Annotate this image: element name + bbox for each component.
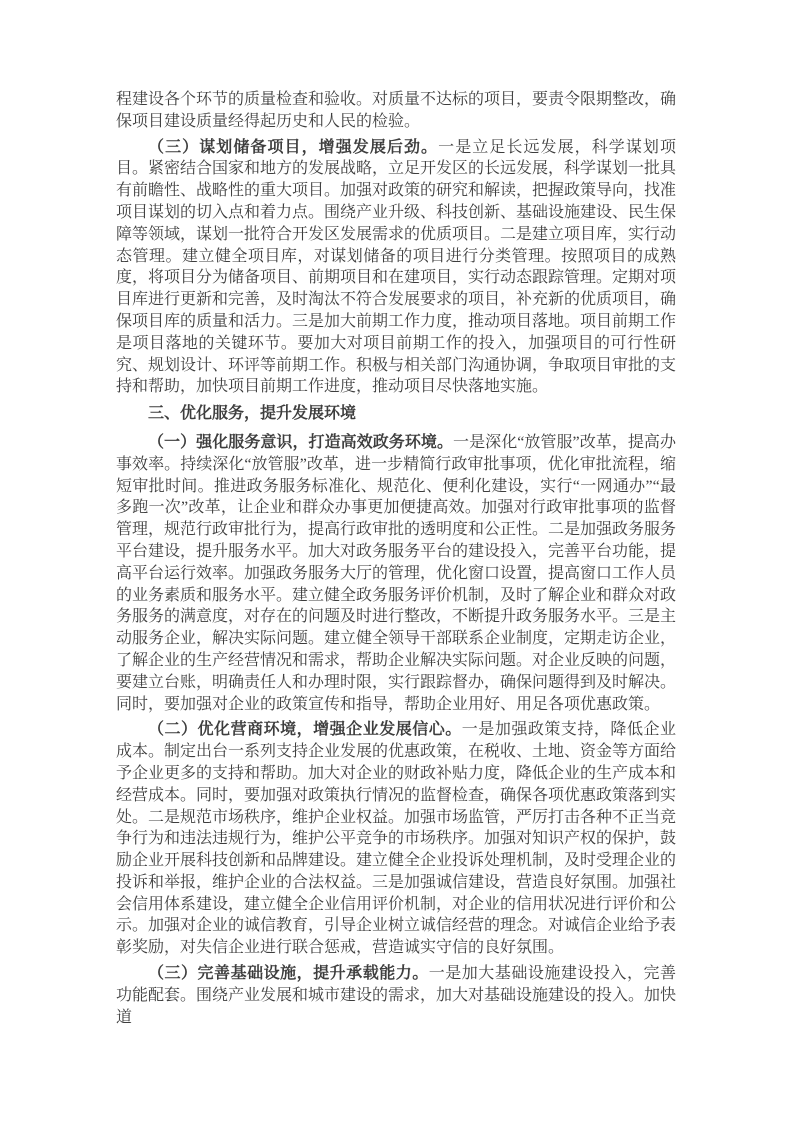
section-heading-optimize-services: 三、优化服务，提升发展环境 xyxy=(116,403,676,425)
section-paragraph-business-environment: （二）优化营商环境，增强企业发展信心。一是加强政策支持，降低企业成本。制定出台一… xyxy=(116,719,676,959)
paragraph-lead: （三）谋划储备项目，增强发展后劲。 xyxy=(148,139,438,156)
document-body: 程建设各个环节的质量检查和验收。对质量不达标的项目，要责令限期整改，确保项目建设… xyxy=(116,89,676,1028)
paragraph-lead: （二）优化营商环境，增强企业发展信心。 xyxy=(148,721,462,738)
paragraph-text: 一是加强政策支持，降低企业成本。制定出台一系列支持企业发展的优惠政策，在税收、土… xyxy=(116,721,676,956)
section-paragraph-infrastructure: （三）完善基础设施，提升承载能力。一是加大基础设施建设投入，完善功能配套。围绕产… xyxy=(116,963,676,1028)
section-paragraph-service-awareness: （一）强化服务意识，打造高效政务环境。一是深化“放管服”改革，提高办事效率。持续… xyxy=(116,432,676,715)
continuation-paragraph: 程建设各个环节的质量检查和验收。对质量不达标的项目，要责令限期整改，确保项目建设… xyxy=(116,89,676,133)
paragraph-lead: （一）强化服务意识，打造高效政务环境。 xyxy=(148,434,453,451)
document-page: 程建设各个环节的质量检查和验收。对质量不达标的项目，要责令限期整改，确保项目建设… xyxy=(0,0,793,1122)
section-paragraph-planning-reserve-projects: （三）谋划储备项目，增强发展后劲。一是立足长远发展，科学谋划项目。紧密结合国家和… xyxy=(116,137,676,399)
paragraph-text: 程建设各个环节的质量检查和验收。对质量不达标的项目，要责令限期整改，确保项目建设… xyxy=(116,91,676,130)
paragraph-text: 一是立足长远发展，科学谋划项目。紧密结合国家和地方的发展战略，立足开发区的长远发… xyxy=(116,139,676,396)
paragraph-lead: （三）完善基础设施，提升承载能力。 xyxy=(148,965,429,982)
paragraph-text: 一是深化“放管服”改革，提高办事效率。持续深化“放管服”改革，进一步精简行政审批… xyxy=(116,434,676,713)
